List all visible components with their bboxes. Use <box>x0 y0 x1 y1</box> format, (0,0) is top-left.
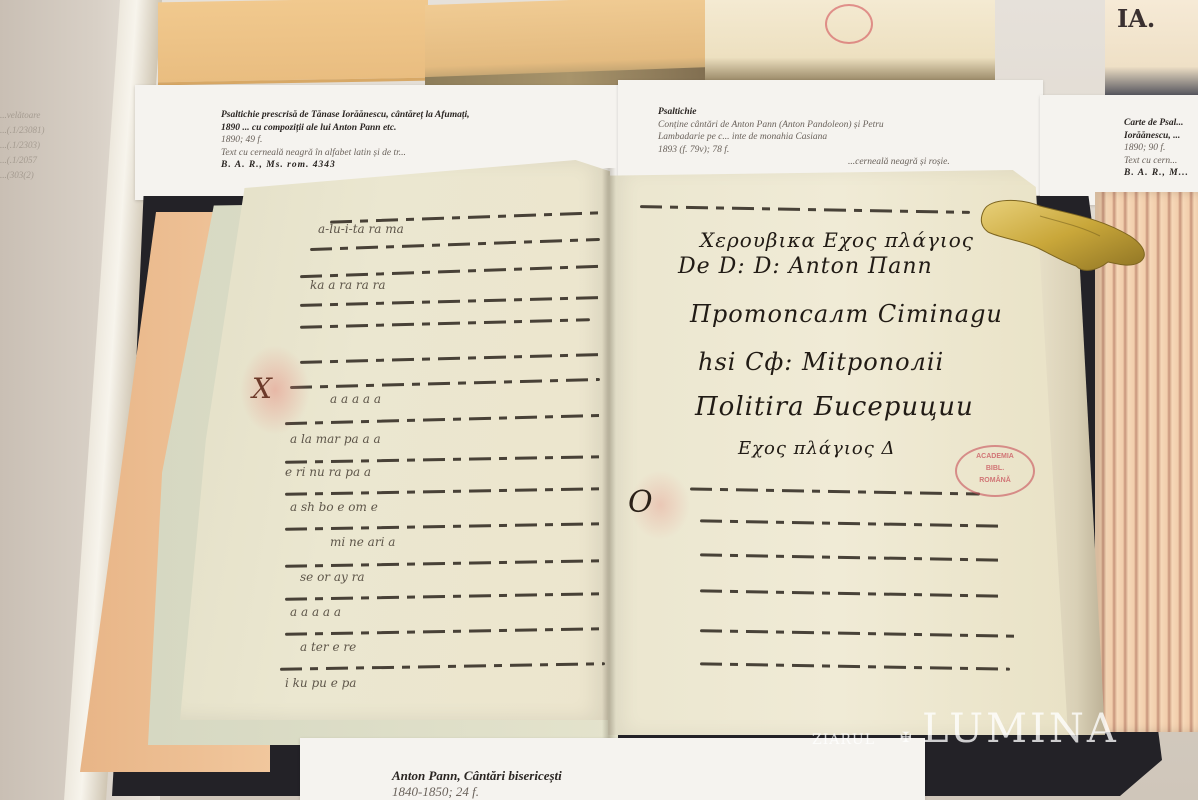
label-title: Anton Pann, Cântări bisericești <box>392 768 925 784</box>
label-date: 1840-1850; 24 f. <box>392 784 925 800</box>
book-heading-text: IA. <box>1117 4 1155 33</box>
book-top-4: IA. <box>1105 0 1198 95</box>
label-title-cont: 1890 ... cu compoziții ale lui Anton Pan… <box>221 122 620 135</box>
cross-emblem-icon: ✠ <box>900 730 912 747</box>
label-title-cont: Iorăănescu, ... <box>1124 130 1198 143</box>
label-date: 1890; 90 f. <box>1124 142 1198 155</box>
lyric-line: a sh bo e om e <box>290 500 378 514</box>
lyric-line: mi ne ari a <box>330 535 395 549</box>
ghost-line: ...(.1/2303) <box>0 138 120 153</box>
reflected-label-left: ...velătoare ...(.1/23081) ...(.1/2303) … <box>0 100 120 208</box>
label-line: Lambadarie pe c... inte de monahia Casia… <box>658 131 1043 144</box>
label-line: Conține cântări de Anton Pann (Anton Pan… <box>658 119 1043 132</box>
label-note: Text cu cerneală neagră în alfabet latin… <box>221 147 620 160</box>
label-title: Psaltichie prescrisă de Tănase Iorăănesc… <box>221 109 620 122</box>
label-date: 1893 (f. 79v); 78 f. <box>658 144 1043 157</box>
manuscript-page-left <box>180 160 610 720</box>
label-title: Psaltichie <box>658 106 1043 119</box>
label-title: Carte de Psal... <box>1124 117 1198 130</box>
red-ink-wash <box>240 345 310 435</box>
stamp-line: ACADEMIA <box>957 451 1033 463</box>
title-line-2: De D: D: Anton Пann <box>678 254 933 279</box>
library-stamp: ACADEMIA BIBL. ROMÂNĂ <box>955 445 1035 497</box>
decorated-initial-left: X <box>252 372 273 405</box>
stamp-line: ROMÂNĂ <box>957 475 1033 487</box>
ghost-line: ...(.1/23081) <box>0 123 120 138</box>
label-reference: B. A. R., M... <box>1124 167 1198 180</box>
ghost-line: ...(303(2) <box>0 168 120 183</box>
book-gutter <box>602 168 616 738</box>
title-line-1: Χερουβικα Εχος πλάγιος <box>700 228 974 252</box>
label-date: 1890; 49 f. <box>221 134 620 147</box>
lyric-line: a a a a a <box>290 605 341 619</box>
decorated-initial-right: O <box>628 485 654 520</box>
book-top-3 <box>705 0 995 82</box>
lyric-line: i ku pu e pa <box>285 676 356 690</box>
label-note: Text cu cern... <box>1124 155 1198 168</box>
watermark-logo: ZIARUL ✠ LUMINA <box>812 706 1142 756</box>
lyric-line: a-lu-i-ta ra ma <box>318 222 404 236</box>
gold-hand-pointer-icon <box>980 196 1150 276</box>
watermark-big-text: LUMINA <box>922 706 1119 752</box>
label-note: ...cerneală neagră și roșie. <box>658 156 1043 169</box>
lyric-line: a ter e re <box>300 640 356 654</box>
lyric-line: a a a a a <box>330 392 381 406</box>
title-line-4: hsi Cф: Mitponoлii <box>698 348 944 376</box>
lyric-line: e ri nu ra pa a <box>285 465 371 479</box>
ghost-line: ...velătoare <box>0 108 120 123</box>
library-stamp <box>825 4 873 44</box>
title-line-3: Протопсалт Ciminagu <box>690 300 1003 328</box>
exhibit-label-right: Carte de Psal... Iorăănescu, ... 1890; 9… <box>1040 95 1198 205</box>
book-top-1 <box>158 0 428 85</box>
watermark-small-text: ZIARUL <box>812 732 875 748</box>
lyric-line: se or ay ra <box>300 570 365 584</box>
lyric-line: ka a ra ra ra <box>310 278 386 292</box>
title-line-5: Пolitira Бисериции <box>695 392 974 422</box>
title-line-6: Εχος πλάγιος Δ <box>738 438 896 459</box>
ghost-line: ...(.1/2057 <box>0 153 120 168</box>
stamp-line: BIBL. <box>957 463 1033 475</box>
